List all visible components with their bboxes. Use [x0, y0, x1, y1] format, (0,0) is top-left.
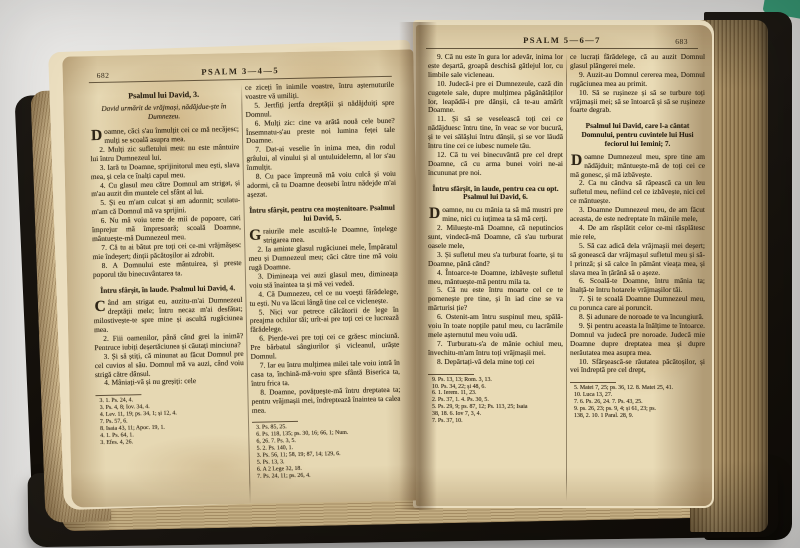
verse-paragraph: 4. Întoarce-te Doamne, izbăvește sufletu… [428, 269, 563, 287]
right-running-header: PSALM 5—6—7 [426, 35, 698, 45]
verse-paragraph: 7. Turburatu-s'a de mânie ochiul meu, în… [428, 340, 563, 358]
verse-paragraph: 5. Să caz adică dela vrăjmașii mei deșer… [570, 242, 705, 278]
verse-paragraph: 3. Doamne Dumnezeul meu, de am făcut ace… [570, 206, 705, 224]
psalm-heading: Psalmul lui David, care l-a cântat Domnu… [571, 122, 704, 148]
verse-paragraph: 8. Cu pace împreună mă voiu culcă și voi… [247, 170, 397, 200]
footnotes-block: 3. Ps. 85, 25.6. Ps. 118, 135; ps. 30, 1… [252, 419, 402, 480]
verse-paragraph: 4. Mâniați-vă și nu greșiți: cele [95, 376, 244, 388]
right-page-header: PSALM 5—6—7 683 [426, 35, 698, 47]
verse-paragraph: 8. Depărtați-vă dela mine toți cei [428, 358, 563, 367]
verse-paragraph: 3. Și să știți, că minunat au făcut Domn… [95, 350, 245, 380]
column-divider [566, 53, 567, 501]
dropcap-initial: D [570, 153, 584, 167]
verse-paragraph: 7. Și te scoală Doamne Dumnezeul meu, cu… [570, 295, 705, 313]
verse-paragraph: 2. Miluește-mă Doamne, că neputincios su… [428, 224, 563, 251]
footnote-line: 38, 18. 6. Iov 7, 3, 4. [428, 411, 563, 418]
verse-paragraph: 12. Că tu vei binecuvântă pre cel drept … [428, 151, 563, 178]
right-page-column-1: 9. Că nu este în gura lor adevăr, inima … [428, 53, 563, 501]
verse-paragraph: 3. Și sufletul meu s'a turburat foarte, … [428, 251, 563, 269]
right-page-column-2: ce lucrați fărădelege, că au auzit Domnu… [570, 53, 705, 501]
verse-paragraph: 10. Judecă-i pre ei Dumnezeule, cază din… [428, 80, 563, 116]
dropcap-initial: D [428, 206, 442, 220]
psalm-title: Psalmul lui David, 3. [89, 90, 238, 102]
right-page-columns: 9. Că nu este în gura lor adevăr, inima … [428, 53, 706, 501]
verse-paragraph: 5. Că nu este întru moarte cel ce te pom… [428, 286, 563, 313]
photo-scene: 682 PSALM 3—4—5 Psalmul lui David, 3.Dav… [0, 0, 800, 548]
psalm-subtitle: David urmărit de vrăjmași, nădăjdue-ște … [93, 102, 234, 122]
right-page: PSALM 5—6—7 683 9. Că nu este în gura lo… [416, 25, 712, 506]
psalm-heading: Întru sfârșit, în laude. Psalmul lui Dav… [94, 284, 241, 296]
footnotes-block: 9. Ps. 13, 13; Rom. 3, 13.10. Ps. 34, 22… [428, 374, 563, 425]
dropcap-initial: D [90, 128, 104, 142]
verse-paragraph: 11. Și să se veselească toți cei ce nădă… [428, 115, 563, 151]
verse-paragraph: 9. Auzit-au Domnul cererea mea, Domnul r… [570, 71, 705, 89]
footnotes-block: 5. Matei 7, 25; ps. 36, 12. 8. Matei 25,… [570, 382, 705, 420]
verse-paragraph: 9. Că nu este în gura lor adevăr, inima … [428, 53, 563, 80]
verse-paragraph: 10. Sfârșească-se răutatea păcătoșilor, … [570, 358, 705, 376]
verse-paragraph: 6. Ostenit-am întru suspinul meu, spălă-… [428, 313, 563, 340]
dropcap-initial: G [248, 228, 263, 242]
header-rule [426, 48, 698, 49]
left-page-column-1: Psalmul lui David, 3.David urmărit de vr… [89, 84, 247, 507]
footnote-line: 9. ps. 26, 23; ps. 9, 4; și 61, 23; ps. [570, 406, 705, 413]
left-page: 682 PSALM 3—4—5 Psalmul lui David, 3.Dav… [62, 49, 422, 507]
psalm-heading: Întru sfârșit, pentru cea moștenitoare. … [248, 204, 395, 225]
verse-paragraph: 6. Scoală-te Doamne, întru mânia ta; îna… [570, 277, 705, 295]
footnote-line: 138, 2. 10. 1 Paral. 28, 9. [570, 413, 705, 420]
verse-paragraph: 4. De am răsplătit celor ce-mi răsplătes… [570, 224, 705, 242]
footnote-line: 7. Ps. 37, 10. [428, 418, 563, 425]
verse-paragraph: 7. Iar eu întru mulțimea milei tale voiu… [251, 359, 401, 389]
verse-paragraph: 9. Și pentru aceasta la înălțime te înto… [570, 322, 705, 358]
dropcap-initial: C [93, 299, 107, 313]
verse-paragraph: 8. A Domnului este mântuirea, și preste … [93, 259, 242, 280]
footnotes-block: 3. 1. Ps. 24, 4.3. Ps. 4, 8; Iov. 34, 4.… [95, 392, 245, 446]
verse-paragraph: 8. Doamne, povățuește-mă întru dreptatea… [251, 385, 401, 415]
left-page-number: 682 [97, 71, 110, 80]
left-page-columns: Psalmul lui David, 3.David urmărit de vr… [89, 81, 405, 507]
verse-paragraph: Doamne Dumnezeul meu, spre tine am nădăj… [570, 153, 705, 180]
verse-paragraph: Când am strigat eu, auzitu-m'ai Dumnezeu… [93, 296, 243, 335]
verse-paragraph: 10. Să se rușineze și să se turbure toți… [570, 89, 705, 116]
footnote-line: 9. Ps. 13, 13; Rom. 3, 13. [428, 377, 563, 384]
verse-paragraph: 2. Ca nu cândva să răpească ca un leu su… [570, 179, 705, 206]
verse-continuation: ce lucrați fărădelege, că au auzit Domnu… [570, 53, 705, 71]
right-page-number: 683 [675, 37, 688, 46]
left-page-column-2: ce ziceți în inimile voastre, întru aște… [245, 81, 403, 504]
verse-paragraph: Doamne, nu cu mânia ta să mă mustri pre … [428, 206, 563, 224]
psalm-heading: Întru sfârșit, în laude, pentru cea cu o… [429, 185, 562, 203]
